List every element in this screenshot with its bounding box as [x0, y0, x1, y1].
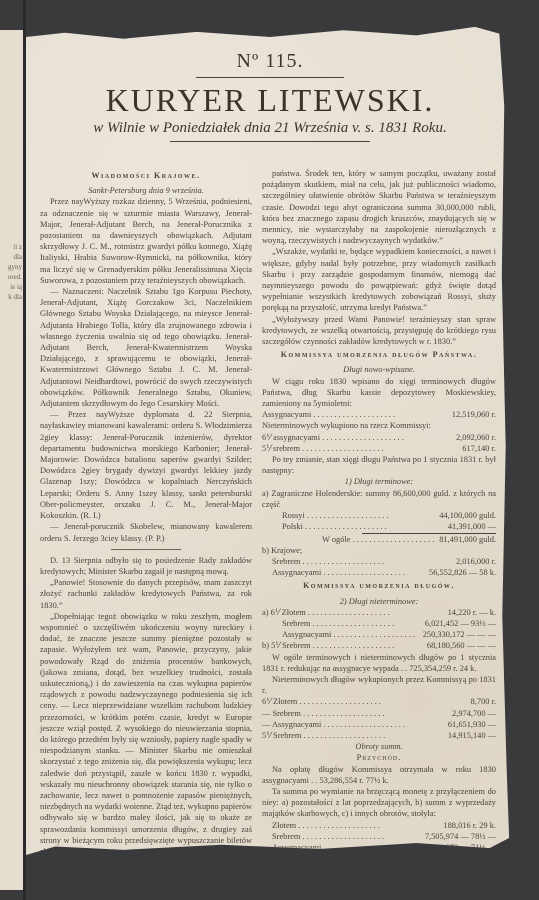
place-date: Sankt-Petersburg dnia 9 września. [40, 185, 252, 196]
ledger-row: b) 5⅟ Srebrem68,180,560 — — — [262, 640, 496, 651]
masthead: Nº 115. KURYER LITEWSKI. w Wilnie w Poni… [26, 50, 514, 146]
left-column: Wiadomości Krajowe. Sankt-Petersburg dni… [40, 168, 252, 857]
separator [111, 549, 181, 550]
ledger-row: Rossyi44,100,000 guld. [262, 510, 496, 521]
paragraph: — Naznaczeni: Naczelnik Sztabu 1go Korpu… [40, 286, 252, 409]
domestic-heading: b) Krajowe; [262, 545, 496, 556]
paragraph: W ogóle terminowych i nieterminowych dłu… [262, 652, 496, 674]
ledger-total: W ogóle81,491,000 guld. [262, 534, 496, 545]
ledger-row: Srebrem6,021,452 — 93½ — [262, 618, 496, 629]
paragraph: „Wszakże, wydatki te, będące wypadkiem k… [262, 246, 496, 313]
newspaper-page: Nº 115. KURYER LITEWSKI. w Wilnie w Poni… [26, 20, 514, 872]
paragraph: Przez nayWyższy rozkaz dzienny, 5 Wrześn… [40, 196, 252, 286]
ledger-row: — Assygnacyami61,651,930 — [262, 719, 496, 730]
paragraph: Po tey zmianie, stan xięgi długu Państwa… [262, 454, 496, 476]
section-heading: Wiadomości Krajowe. [40, 170, 252, 181]
ledger-row: 5⅟ Srebrem14,915,140 — [262, 730, 496, 741]
new-debts-heading: Długi nowo-wpisane. [262, 364, 496, 375]
paragraph: „Dopełniając tegoż obowiązku w roku zesz… [40, 611, 252, 857]
paragraph: W ciągu roku 1830 wpisano do xięgi termi… [262, 376, 496, 410]
ledger-row: Srebrem2,016,000 r. [262, 556, 496, 567]
ledger-row: 6⅟ Złotem8,700 r. [262, 696, 496, 707]
ledger-row: Assygnacyami250,330,172 — — — [262, 629, 496, 640]
book-spine [23, 0, 26, 900]
ledger-row: — Srebrem2,974,700 — [262, 708, 496, 719]
turnover-heading: Obroty summ. [262, 741, 496, 752]
paragraph: Z tych summ Kommissya ułyła w 1830 r. na… [262, 864, 496, 886]
paragraph: „Panowie! Stosownie do danych przepisów,… [40, 577, 252, 611]
ledger-row: 6⅟ assygnacyami2,092,060 r. [262, 432, 496, 443]
paragraph: — Jenerał-porucznik Skobelew, mianowany … [40, 521, 252, 543]
paragraph: — Przez nayWyższe dyplomata d. 22 Sierpn… [40, 409, 252, 521]
paragraph: „Wyłożywszy przed Wami Panowie! teraźnie… [262, 314, 496, 348]
masthead-rule-top [196, 77, 344, 78]
paragraph: Na opłatę długów Kommissya otrzymała w r… [262, 764, 496, 786]
income-heading: Przychód. [262, 752, 496, 763]
ledger-row: 5⅟ srebrem617,140 r. [262, 443, 496, 454]
ledger-row: a) 6⅟ Złotem14,220 r. — k. [262, 607, 496, 618]
expense-heading: Rozchód. [262, 853, 496, 864]
paragraph: Nieterminowych długów wykupionych przez … [262, 674, 496, 696]
term-debts-heading: 1) Długi terminowe: [262, 476, 496, 487]
commission-heading-2: Kommissya umorzenia długów. [262, 580, 496, 591]
previous-page-edge: ii z dla gyny ored. ie ią k dla [0, 30, 24, 890]
ledger-row: Srebrem7,505,974 — 78½ — [262, 831, 496, 842]
foreign-debts-text: a) Zagraniczne Holenderskie: summy 86,60… [262, 488, 496, 510]
commission-heading: Kommissya umorzenia długów Państwa. [262, 349, 496, 360]
ledger-row: Assygnacyami57,688,973 — 71½ — [262, 842, 496, 853]
masthead-rule-bottom [170, 141, 370, 142]
paragraph: Ta summa po wymianie na brzęczącą monetę… [262, 786, 496, 820]
ledger-note: Nieterminowych wykupiono na rzecz Kommis… [262, 420, 496, 431]
paragraph: państwa. Środek ten, który w samym począ… [262, 168, 496, 246]
issue-number: Nº 115. [26, 50, 514, 73]
paragraph: D. 13 Sierpnia odbyło się to posiedzenie… [40, 555, 252, 577]
nonterm-heading: 2) Długi nieterminowe: [262, 596, 496, 607]
ledger-row: Złotem188,016 r. 29 k. [262, 820, 496, 831]
ledger-row: Polski41,391,000 — [262, 521, 496, 532]
newspaper-title: KURYER LITEWSKI. [26, 82, 514, 118]
dateline: w Wilnie w Poniedziałek dnia 21 Września… [26, 120, 514, 137]
ledger-row: Assygnacyami56,552,826 — 58 k. [262, 567, 496, 578]
ledger-row: Assygnacyami12,519,060 r. [262, 409, 496, 420]
right-column: państwa. Środek ten, który w samym począ… [262, 168, 496, 887]
